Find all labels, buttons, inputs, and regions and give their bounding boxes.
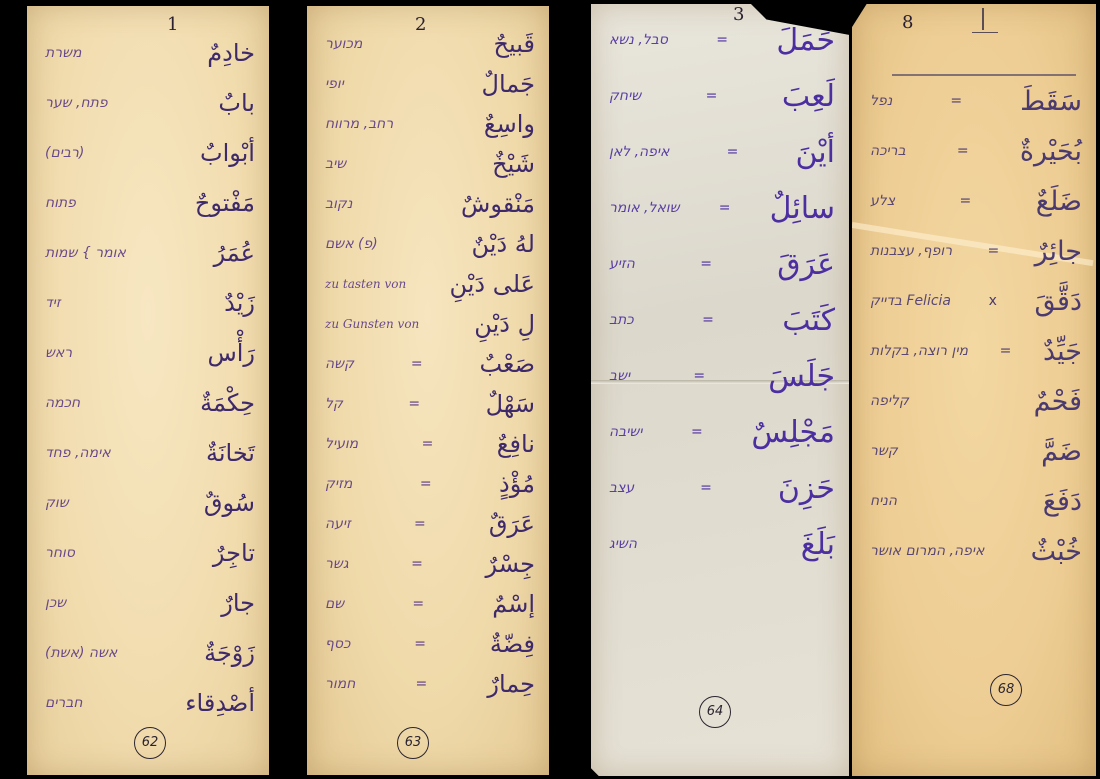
translation-text: קשר: [852, 443, 898, 459]
translation-text: (פ) אשם: [307, 236, 378, 252]
vocab-row: זידزَيْدٌ: [27, 278, 269, 328]
arabic-word: سائِلٌ: [770, 191, 849, 226]
arabic-word: حِكْمَةٌ: [200, 389, 269, 417]
arabic-word: نافِعٌ: [497, 430, 549, 458]
arabic-word: مَجْلِسٌ: [751, 415, 849, 450]
equals-sign: =: [420, 476, 432, 492]
translation-text: איפה, המרום אושר: [852, 543, 984, 559]
vocab-row: zu Gunsten vonلِ دَيْنِ: [307, 304, 549, 344]
translation-text: מועיל: [307, 436, 358, 452]
vocab-row: נפל=سَقَطَ: [852, 76, 1096, 126]
arabic-word: صَعْبٌ: [479, 350, 549, 378]
translation-text: גשר: [307, 556, 349, 572]
equals-sign: =: [719, 200, 731, 216]
vocab-row: הזיע=عَرَقَ: [591, 236, 849, 292]
translation-text: קליפה: [852, 393, 909, 409]
vocab-row: קליפהفَحْمٌ: [852, 376, 1096, 426]
arabic-word: خُبْثٌ: [1031, 536, 1096, 567]
sketch-mark-icon: [972, 12, 998, 33]
translation-text: קשה: [307, 356, 354, 372]
translation-text: השיג: [591, 536, 637, 552]
equals-sign: =: [700, 256, 712, 272]
equals-sign: =: [716, 32, 728, 48]
equals-sign: =: [957, 143, 969, 159]
arabic-word: بُحَيْرةٌ: [1020, 136, 1096, 167]
vocab-row: אומר } שמותعُمَرُ: [27, 228, 269, 278]
vocab-row: איפה, לאן=أيْنَ: [591, 124, 849, 180]
vocab-card-8: 8 נפל=سَقَطَבריכה=بُحَيْرةٌצלע=ضَلَعٌרופ…: [852, 4, 1096, 776]
vocab-card-2: 2 מכוערقَبيحٌיופיجَمالٌרחב, מרווחواسِعٌש…: [307, 6, 549, 775]
arabic-word: مَنْقوشٌ: [461, 190, 549, 218]
equals-sign: =: [988, 243, 1000, 259]
vocab-row: הניחدَفَعَ: [852, 476, 1096, 526]
arabic-word: مُؤْذٍ: [499, 470, 549, 498]
translation-text: חכמה: [27, 395, 80, 411]
translation-text: מכוער: [307, 36, 362, 52]
translation-text: פתוח: [27, 195, 76, 211]
card-rows: נפל=سَقَطَבריכה=بُحَيْرةٌצלע=ضَلَعٌרופף,…: [852, 76, 1096, 576]
arabic-word: سُوقٌ: [204, 489, 269, 517]
arabic-word: لَعِبَ: [782, 79, 849, 114]
equals-sign: x: [989, 293, 997, 309]
translation-text: אימה, פחד: [27, 445, 111, 461]
arabic-word: حَمَلَ: [776, 23, 849, 58]
vocab-row: נקובمَنْقوشٌ: [307, 184, 549, 224]
arabic-word: خادِمٌ: [207, 39, 269, 67]
card-rows: סבל, נשא=حَمَلَשיחק=لَعِبَאיפה, לאן=أيْن…: [591, 12, 849, 572]
vocab-row: ישיבה=مَجْلِسٌ: [591, 404, 849, 460]
arabic-word: ضَلَعٌ: [1036, 186, 1096, 217]
arabic-word: كَتَبَ: [782, 303, 849, 338]
vocab-row: שואל, אומר=سائِلٌ: [591, 180, 849, 236]
arabic-word: دَفَعَ: [1043, 486, 1096, 517]
arabic-word: ضَمَّ: [1041, 436, 1096, 467]
vocab-row: רחב, מרווחواسِعٌ: [307, 104, 549, 144]
vocab-row: zu tasten vonعَلى دَيْنِ: [307, 264, 549, 304]
translation-text: צלע: [852, 193, 895, 209]
equals-sign: =: [422, 436, 434, 452]
arabic-word: تاجِرٌ: [213, 539, 269, 567]
equals-sign: =: [411, 556, 423, 572]
equals-sign: =: [960, 193, 972, 209]
translation-text: שכן: [27, 595, 66, 611]
arabic-word: أيْنَ: [795, 135, 849, 170]
translation-text: הזיע: [591, 256, 635, 272]
arabic-word: رَأْس: [207, 339, 269, 367]
arabic-word: عَلى دَيْنِ: [449, 270, 549, 298]
page-number: 62: [134, 727, 166, 759]
arabic-word: زَوْجَةٌ: [204, 639, 269, 667]
card-number: 8: [902, 12, 913, 33]
vocab-row: קשה=صَعْبٌ: [307, 344, 549, 384]
arabic-word: إسْمٌ: [492, 590, 549, 618]
arabic-word: لهُ دَيْنٌ: [472, 230, 549, 258]
translation-text: נקוב: [307, 196, 352, 212]
translation-text: נפל: [852, 93, 892, 109]
arabic-word: بَلَغَ: [801, 527, 849, 562]
equals-sign: =: [412, 596, 424, 612]
translation-text: שואל, אומר: [591, 200, 680, 216]
arabic-word: حَزِنَ: [778, 471, 849, 506]
vocab-row: צלע=ضَلَعٌ: [852, 176, 1096, 226]
arabic-word: جَلَسَ: [768, 359, 849, 394]
translation-text: כסף: [307, 636, 350, 652]
vocab-row: אשה (אשת)زَوْجَةٌ: [27, 628, 269, 678]
vocab-row: סוחרتاجِرٌ: [27, 528, 269, 578]
vocab-row: מין רוצה, בקלות=جَيِّدٌ: [852, 326, 1096, 376]
vocab-row: שיחק=لَعِبَ: [591, 68, 849, 124]
vocab-row: פתח, שערبابٌ: [27, 78, 269, 128]
vocab-row: כסף=فِضّةٌ: [307, 624, 549, 664]
vocab-row: כתב=كَتَبَ: [591, 292, 849, 348]
translation-text: מין רוצה, בקלות: [852, 343, 968, 359]
arabic-word: تَخانَةٌ: [206, 439, 269, 467]
card-rows: משרתخادِمٌפתח, שערبابٌ(רבים)أبْوابٌפתוחم…: [27, 28, 269, 728]
arabic-word: دَقَّقَ: [1035, 286, 1096, 317]
equals-sign: =: [1000, 343, 1012, 359]
arabic-word: قَبيحٌ: [494, 30, 549, 58]
translation-text: אומר } שמות: [27, 245, 126, 261]
translation-text: כתב: [591, 312, 634, 328]
arabic-word: زَيْدٌ: [224, 289, 269, 317]
equals-sign: =: [414, 636, 426, 652]
equals-sign: =: [727, 144, 739, 160]
arabic-word: أصْدِقاء: [185, 689, 269, 717]
arabic-word: أبْوابٌ: [200, 139, 269, 167]
translation-text: זיד: [27, 295, 61, 311]
vocab-row: ישב=جَلَسَ: [591, 348, 849, 404]
vocab-row: שם=إسْمٌ: [307, 584, 549, 624]
translation-text: שם: [307, 596, 344, 612]
equals-sign: =: [950, 93, 962, 109]
vocab-row: עצב=حَزِنَ: [591, 460, 849, 516]
translation-text: עצב: [591, 480, 634, 496]
arabic-word: عَرَقٌ: [489, 510, 549, 538]
arabic-word: فَحْمٌ: [1034, 386, 1096, 417]
translation-text: אשה (אשת): [27, 645, 117, 661]
translation-text: חמור: [307, 676, 355, 692]
arabic-word: سَهْلٌ: [486, 390, 549, 418]
vocab-row: חבריםأصْدِقاء: [27, 678, 269, 728]
vocab-row: השיגبَلَغَ: [591, 516, 849, 572]
translation-text: רחב, מרווח: [307, 116, 393, 132]
vocab-row: חכמהحِكْمَةٌ: [27, 378, 269, 428]
translation-text: (רבים): [27, 145, 84, 161]
arabic-word: مَفْتوحٌ: [195, 189, 269, 217]
translation-text: ישב: [591, 368, 630, 384]
vocab-row: מזיק=مُؤْذٍ: [307, 464, 549, 504]
vocab-row: משרתخادِمٌ: [27, 28, 269, 78]
translation-text: סבל, נשא: [591, 32, 668, 48]
arabic-word: جَيِّدٌ: [1043, 336, 1096, 367]
equals-sign: =: [691, 424, 703, 440]
arabic-word: فِضّةٌ: [490, 630, 549, 658]
vocab-row: אימה, פחדتَخانَةٌ: [27, 428, 269, 478]
vocab-row: איפה, המרום אושרخُبْثٌ: [852, 526, 1096, 576]
arabic-word: جارٌ: [221, 589, 269, 617]
translation-text: zu tasten von: [307, 277, 406, 291]
vocab-card-1: 1 משרתخادِمٌפתח, שערبابٌ(רבים)أبْوابٌפתו…: [27, 6, 269, 775]
vocab-row: רופף, עצבנות=جائِرٌ: [852, 226, 1096, 276]
equals-sign: =: [411, 356, 423, 372]
vocab-row: שוקسُوقٌ: [27, 478, 269, 528]
arabic-word: عَرَقَ: [777, 247, 849, 282]
translation-text: חברים: [27, 695, 83, 711]
arabic-word: جَمالٌ: [482, 70, 549, 98]
translation-text: משרת: [27, 45, 82, 61]
equals-sign: =: [408, 396, 420, 412]
translation-text: הניח: [852, 493, 897, 509]
arabic-word: عُمَرُ: [214, 239, 269, 267]
translation-text: סוחר: [27, 545, 75, 561]
translation-text: קל: [307, 396, 343, 412]
translation-text: איפה, לאן: [591, 144, 669, 160]
translation-text: מזיק: [307, 476, 352, 492]
translation-text: פתח, שער: [27, 95, 108, 111]
vocab-row: בריכה=بُحَيْرةٌ: [852, 126, 1096, 176]
vocab-row: שיבشَيْخٌ: [307, 144, 549, 184]
translation-text: רופף, עצבנות: [852, 243, 952, 259]
page-number: 63: [397, 727, 429, 759]
translation-text: שיב: [307, 156, 346, 172]
arabic-word: لِ دَيْنِ: [474, 310, 549, 338]
vocab-row: (פ) אשםلهُ دَيْنٌ: [307, 224, 549, 264]
translation-text: ראש: [27, 345, 72, 361]
vocab-row: פתוחمَفْتوحٌ: [27, 178, 269, 228]
translation-text: זיעה: [307, 516, 351, 532]
arabic-word: جائِرٌ: [1035, 236, 1096, 267]
translation-text: שיחק: [591, 88, 641, 104]
vocab-card-3: 3 סבל, נשא=حَمَلَשיחק=لَعِبَאיפה, לאן=أي…: [591, 4, 849, 776]
arabic-word: واسِعٌ: [484, 110, 549, 138]
vocab-row: מועיל=نافِعٌ: [307, 424, 549, 464]
translation-text: zu Gunsten von: [307, 317, 419, 331]
vocab-row: זיעה=عَرَقٌ: [307, 504, 549, 544]
arabic-word: حِمارٌ: [487, 670, 549, 698]
equals-sign: =: [414, 516, 426, 532]
vocab-row: Felicia בדייקxدَقَّقَ: [852, 276, 1096, 326]
translation-text: Felicia בדייק: [852, 293, 951, 309]
translation-text: בריכה: [852, 143, 906, 159]
arabic-word: سَقَطَ: [1020, 86, 1096, 117]
vocab-row: קל=سَهْلٌ: [307, 384, 549, 424]
page-number: 68: [990, 674, 1022, 706]
arabic-word: بابٌ: [218, 89, 269, 117]
vocab-row: גשר=جِسْرٌ: [307, 544, 549, 584]
translation-text: שוק: [27, 495, 69, 511]
translation-text: ישיבה: [591, 424, 642, 440]
arabic-word: شَيْخٌ: [492, 150, 549, 178]
equals-sign: =: [702, 312, 714, 328]
vocab-row: ראשرَأْس: [27, 328, 269, 378]
vocab-row: יופיجَمالٌ: [307, 64, 549, 104]
vocab-row: סבל, נשא=حَمَلَ: [591, 12, 849, 68]
vocab-row: חמור=حِمارٌ: [307, 664, 549, 704]
equals-sign: =: [706, 88, 718, 104]
vocab-row: קשרضَمَّ: [852, 426, 1096, 476]
equals-sign: =: [416, 676, 428, 692]
vocab-row: שכןجارٌ: [27, 578, 269, 628]
equals-sign: =: [693, 368, 705, 384]
card-rows: מכוערقَبيحٌיופיجَمالٌרחב, מרווחواسِعٌשיב…: [307, 24, 549, 704]
arabic-word: جِسْرٌ: [485, 550, 549, 578]
translation-text: יופי: [307, 76, 344, 92]
vocab-row: מכוערقَبيحٌ: [307, 24, 549, 64]
page-number: 64: [699, 696, 731, 728]
equals-sign: =: [700, 480, 712, 496]
vocab-row: (רבים)أبْوابٌ: [27, 128, 269, 178]
